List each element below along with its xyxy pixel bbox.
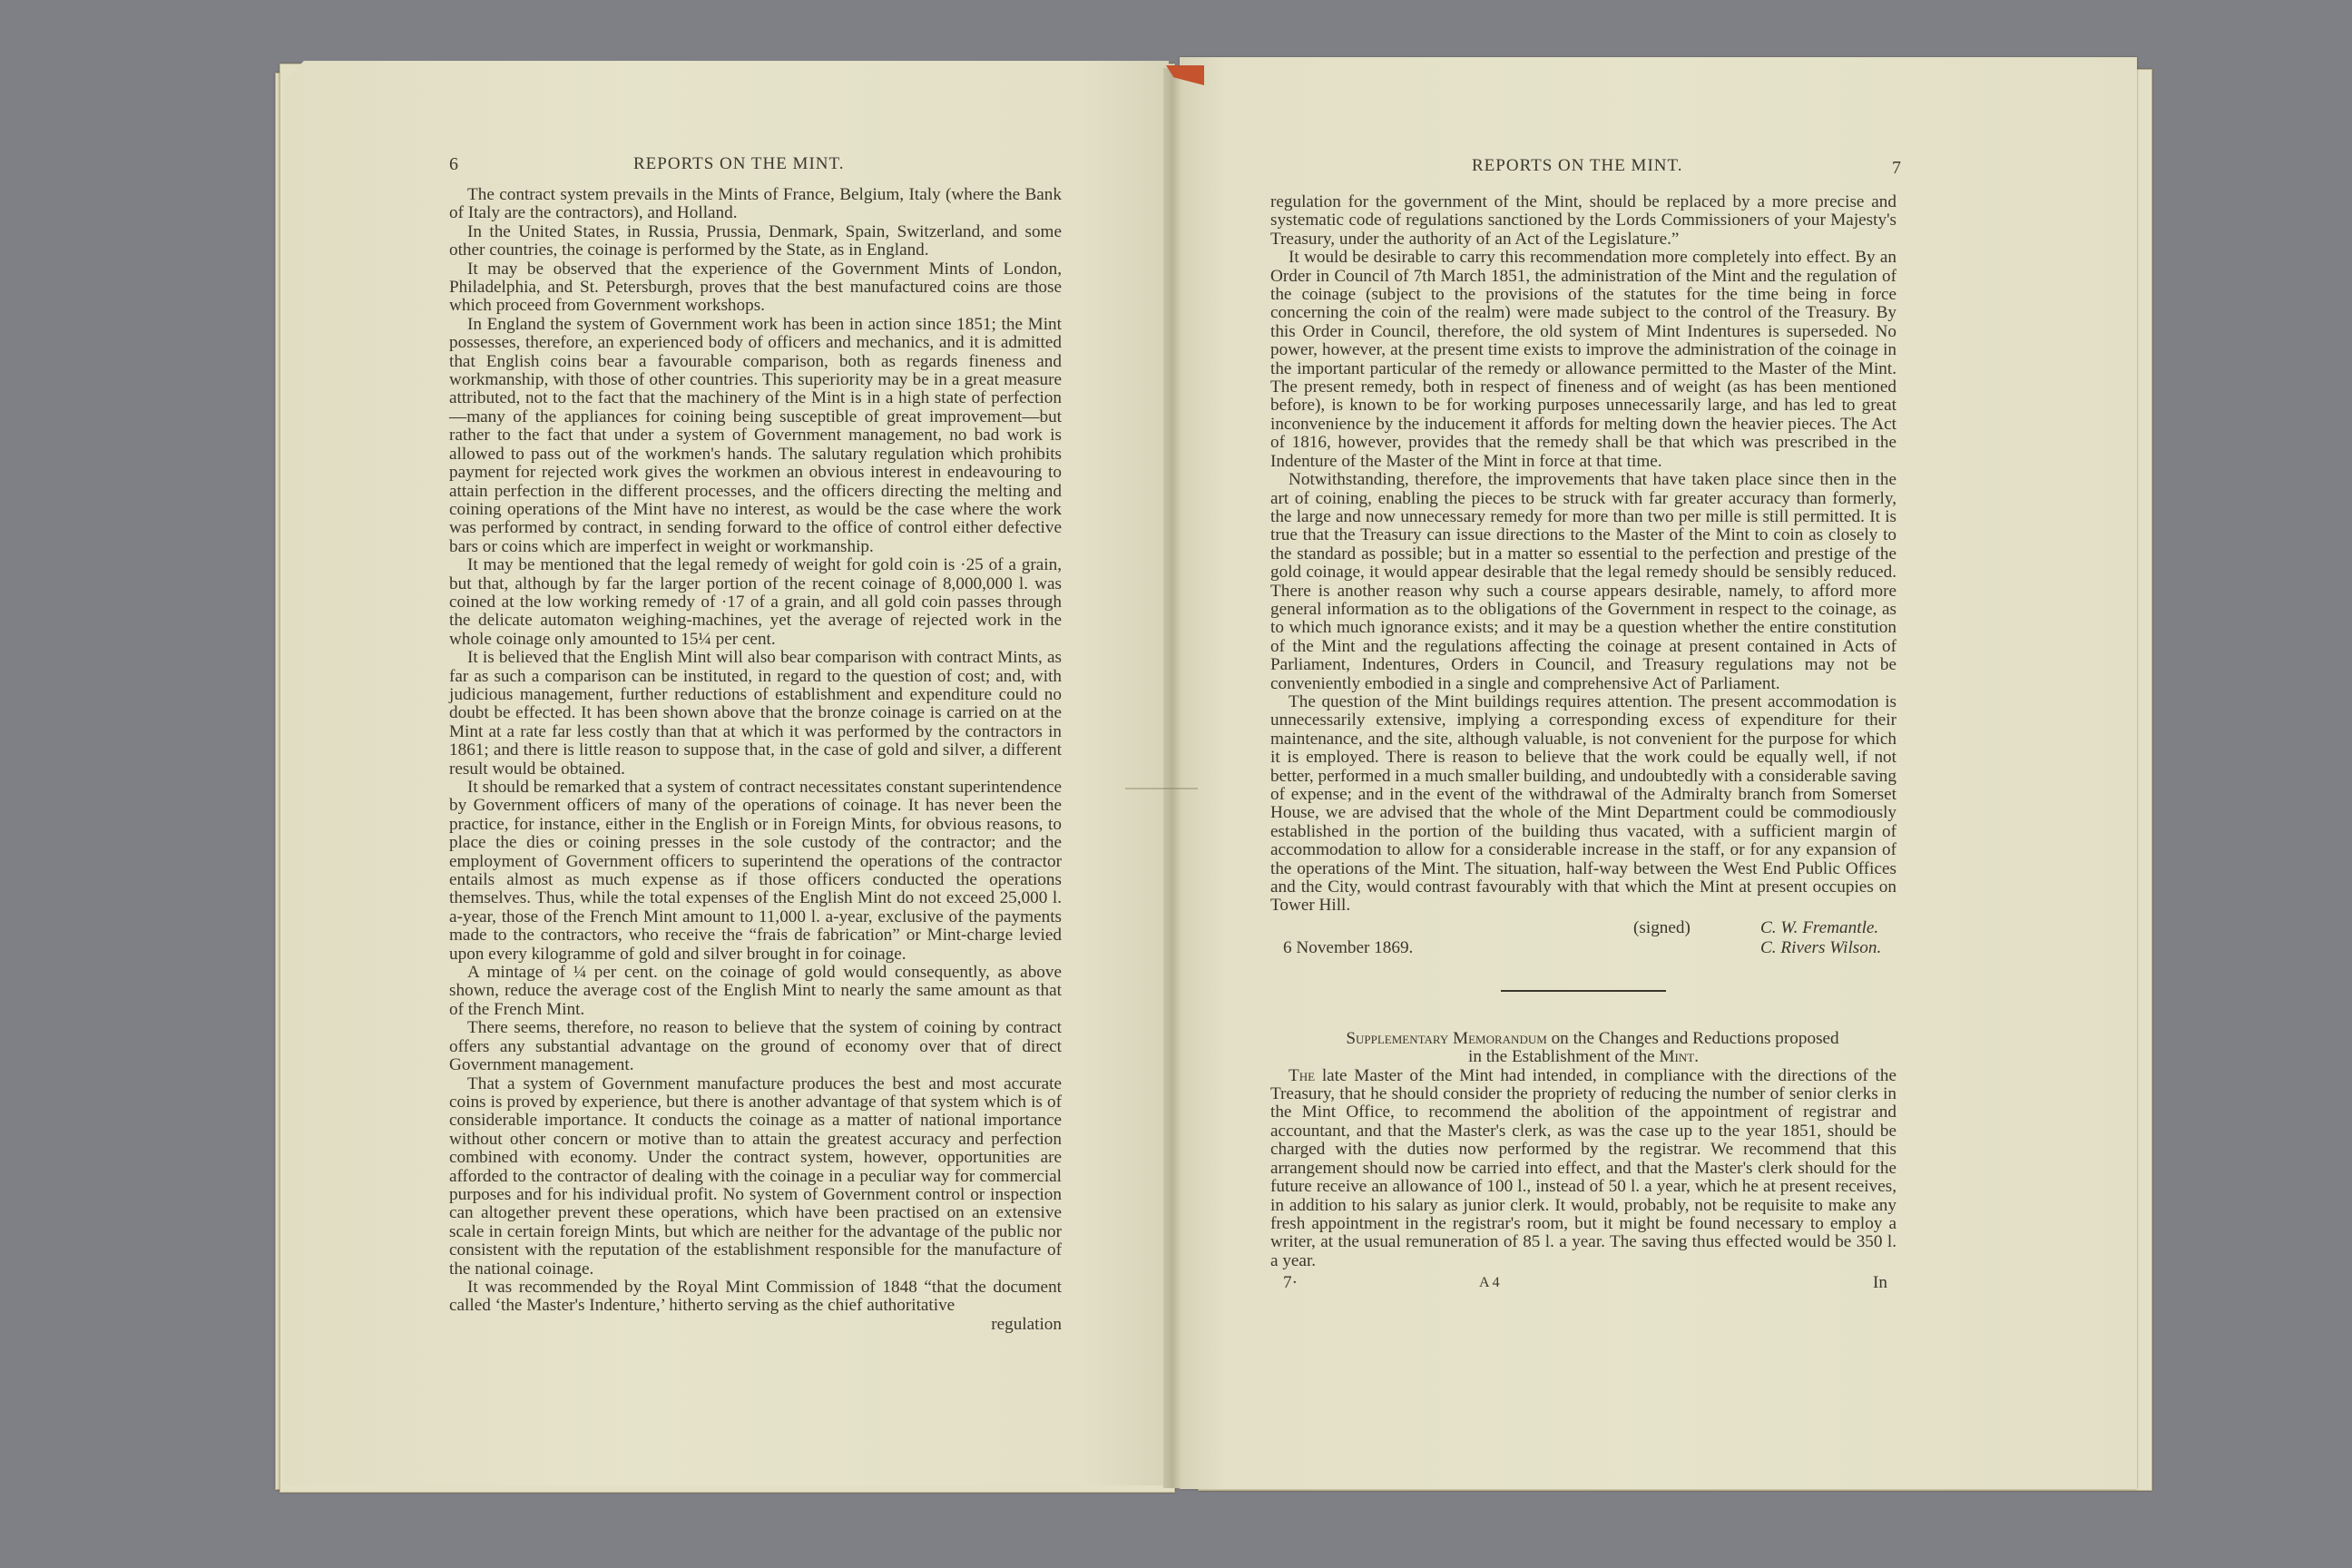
memo-title-word: Mint xyxy=(1659,1047,1694,1066)
paragraph: That a system of Government manufacture … xyxy=(449,1075,1062,1279)
paragraph: In England the system of Government work… xyxy=(449,316,1062,556)
running-head-left: REPORTS ON THE MINT. xyxy=(633,154,844,174)
paragraph: It was recommended by the Royal Mint Com… xyxy=(449,1279,1062,1316)
running-head-right: REPORTS ON THE MINT. xyxy=(1472,156,1682,176)
signatory-wilson: C. Rivers Wilson. xyxy=(1760,939,1881,957)
catchword-left: regulation xyxy=(449,1316,1062,1334)
signatory-fremantle: C. W. Fremantle. xyxy=(1760,919,1878,937)
paragraph: It is believed that the English Mint wil… xyxy=(449,649,1062,779)
paragraph: Notwithstanding, therefore, the improvem… xyxy=(1270,471,1896,693)
signature-block: (signed) C. W. Fremantle. 6 November 186… xyxy=(1270,919,1896,959)
footer-number: 7· xyxy=(1283,1274,1298,1292)
memorandum-title: Supplementary Memorandum on the Changes … xyxy=(1270,1030,1896,1067)
paragraph: regulation for the government of the Min… xyxy=(1270,193,1896,249)
memo-title-text: on the Changes and Reductions proposed xyxy=(1547,1029,1839,1048)
signature-mark: A 4 xyxy=(1479,1274,1500,1292)
right-page-text: regulation for the government of the Min… xyxy=(1270,193,1896,1294)
memo-title-text: . xyxy=(1694,1047,1699,1066)
page-footer: 7· A 4 In xyxy=(1270,1274,1896,1294)
signature-date: 6 November 1869. xyxy=(1283,939,1413,957)
signed-label: (signed) xyxy=(1633,919,1690,937)
paragraph: In the United States, in Russia, Prussia… xyxy=(449,223,1062,260)
paragraph: It should be remarked that a system of c… xyxy=(449,779,1062,964)
catchword-right: In xyxy=(1873,1274,1887,1292)
left-page-text: The contract system prevails in the Mint… xyxy=(449,186,1062,1334)
paragraph: There seems, therefore, no reason to bel… xyxy=(449,1019,1062,1074)
book-spine xyxy=(1163,68,1181,1488)
paragraph: The contract system prevails in the Mint… xyxy=(449,186,1062,223)
memo-title-word: Supplementary xyxy=(1346,1029,1448,1048)
paragraph: A mintage of ¼ per cent. on the coinage … xyxy=(449,964,1062,1019)
paragraph: It would be desirable to carry this reco… xyxy=(1270,249,1896,471)
memo-title-text: in the Establishment of the xyxy=(1468,1047,1660,1066)
memo-lead-word: The xyxy=(1289,1066,1315,1085)
memorandum-body: The late Master of the Mint had intended… xyxy=(1270,1067,1896,1270)
page-number-right: 7 xyxy=(1892,158,1901,179)
paragraph: It may be mentioned that the legal remed… xyxy=(449,556,1062,649)
memo-title-word: Memorandum xyxy=(1453,1029,1547,1048)
memo-body-text: late Master of the Mint had intended, in… xyxy=(1270,1066,1896,1270)
section-divider xyxy=(1501,990,1666,992)
paragraph: The question of the Mint buildings requi… xyxy=(1270,693,1896,916)
paragraph: It may be observed that the experience o… xyxy=(449,260,1062,316)
scanned-document-spread: 6 REPORTS ON THE MINT. The contract syst… xyxy=(0,0,2352,1568)
paper-tear xyxy=(1125,788,1198,789)
page-number-left: 6 xyxy=(449,154,458,175)
